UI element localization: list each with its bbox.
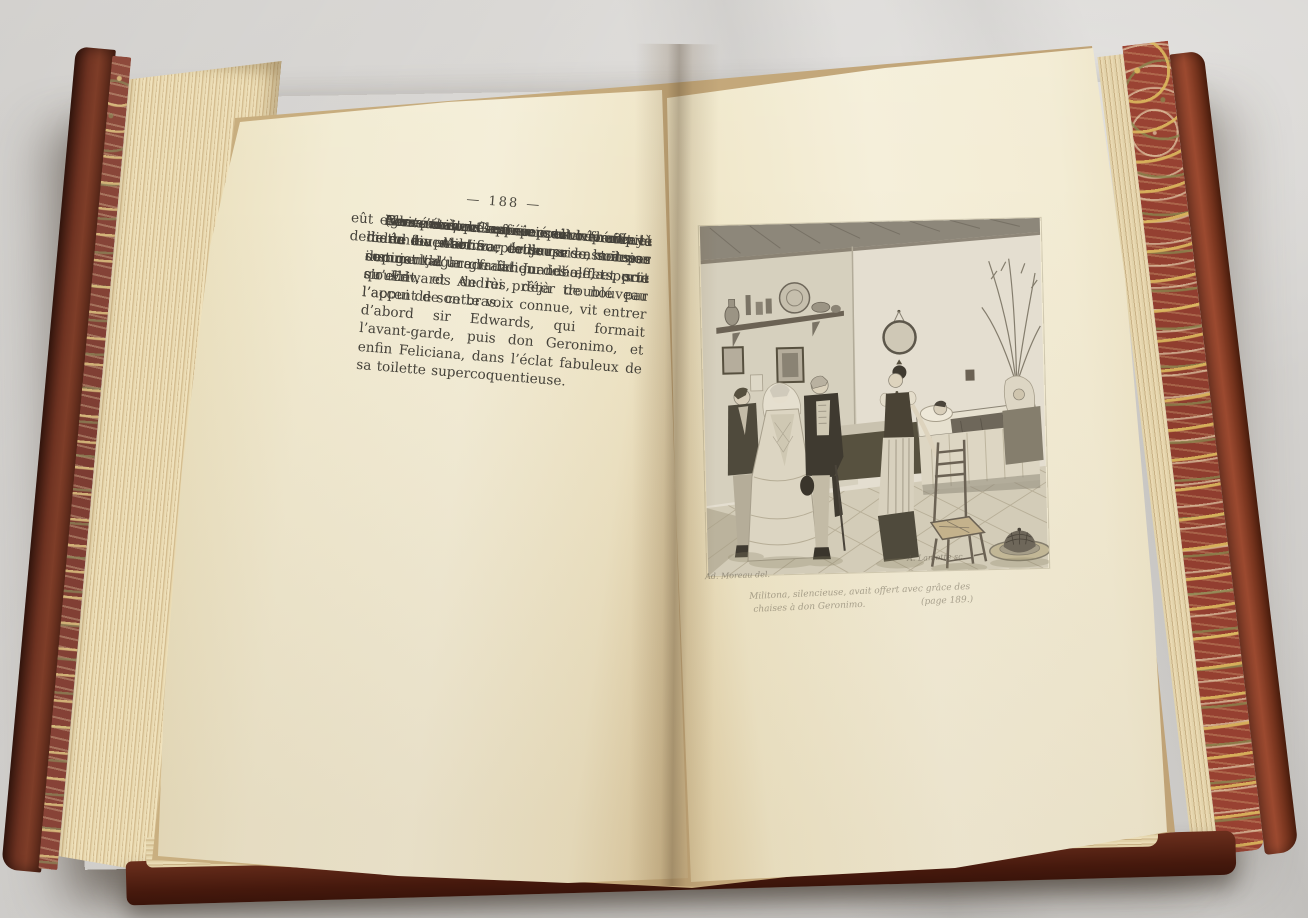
engraving-interior-scene xyxy=(699,218,1049,576)
photo-of-open-book: — 188 — eût en ce moment apprécié tout l… xyxy=(0,0,1308,918)
plate-caption-page-ref: (page 189.) xyxy=(921,594,974,609)
left-page-text: — 188 — eût en ce moment apprécié tout l… xyxy=(352,182,655,233)
engraving-plate xyxy=(699,218,1049,576)
plate-caption: Militona, silencieuse, avait offert avec… xyxy=(743,581,978,618)
left-page: — 188 — eût en ce moment apprécié tout l… xyxy=(148,50,696,890)
gutter-shadow xyxy=(628,44,719,887)
engraving-round-platter xyxy=(779,283,810,314)
